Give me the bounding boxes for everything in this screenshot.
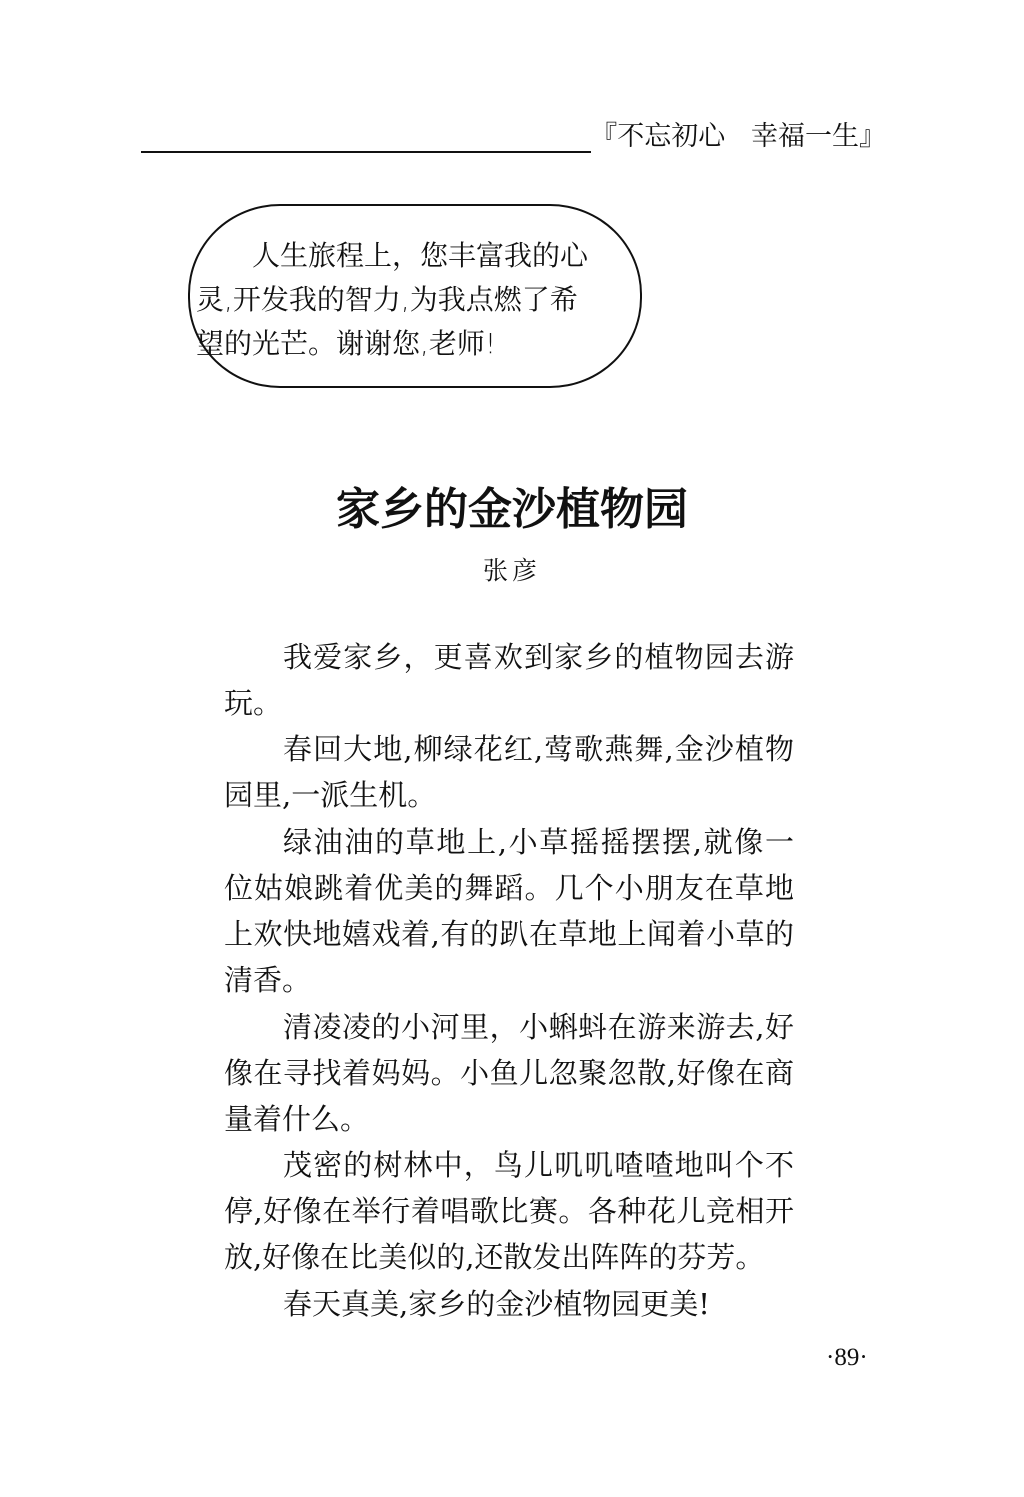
header-rule: [141, 151, 591, 153]
paragraph-line: 停,好像在举行着唱歌比赛。各种花儿竞相开: [224, 1194, 794, 1228]
article-title: 家乡的金沙植物园: [0, 484, 1024, 536]
paragraph-line: 春天真美,家乡的金沙植物园更美!: [283, 1287, 794, 1321]
paragraph-line: 清凌凌的小河里，小蝌蚪在游来游去,好: [283, 1010, 794, 1044]
callout-line: 人生旅程上，您丰富我的心: [252, 241, 588, 271]
callout-line: 望的光芒。谢谢您,老师!: [196, 329, 496, 359]
paragraph-line: 放,好像在比美似的,还散发出阵阵的芬芳。: [224, 1240, 794, 1274]
paragraph-line: 园里,一派生机。: [224, 778, 794, 812]
paragraph-line: 绿油油的草地上,小草摇摇摆摆,就像一: [283, 825, 794, 859]
paragraph-line: 量着什么。: [224, 1102, 794, 1136]
running-header-title: 『不忘初心 幸福一生』: [590, 122, 886, 152]
paragraph-line: 我爱家乡，更喜欢到家乡的植物园去游: [283, 640, 794, 674]
callout-bubble: 人生旅程上，您丰富我的心 灵,开发我的智力,为我点燃了希 望的光芒。谢谢您,老师…: [188, 204, 642, 388]
callout-line: 灵,开发我的智力,为我点燃了希: [196, 285, 578, 315]
paragraph-line: 像在寻找着妈妈。小鱼儿忽聚忽散,好像在商: [224, 1056, 794, 1090]
paragraph-line: 春回大地,柳绿花红,莺歌燕舞,金沙植物: [283, 732, 794, 766]
running-header: 『不忘初心 幸福一生』: [141, 118, 886, 154]
page-number: ·89·: [826, 1343, 868, 1373]
article-author: 张彦: [0, 554, 1024, 588]
paragraph-line: 位姑娘跳着优美的舞蹈。几个小朋友在草地: [224, 871, 794, 905]
paragraph-line: 玩。: [224, 686, 794, 720]
paragraph-line: 茂密的树林中，鸟儿叽叽喳喳地叫个不: [283, 1148, 794, 1182]
paragraph-line: 清香。: [224, 963, 794, 997]
paragraph-line: 上欢快地嬉戏着,有的趴在草地上闻着小草的: [224, 917, 794, 951]
